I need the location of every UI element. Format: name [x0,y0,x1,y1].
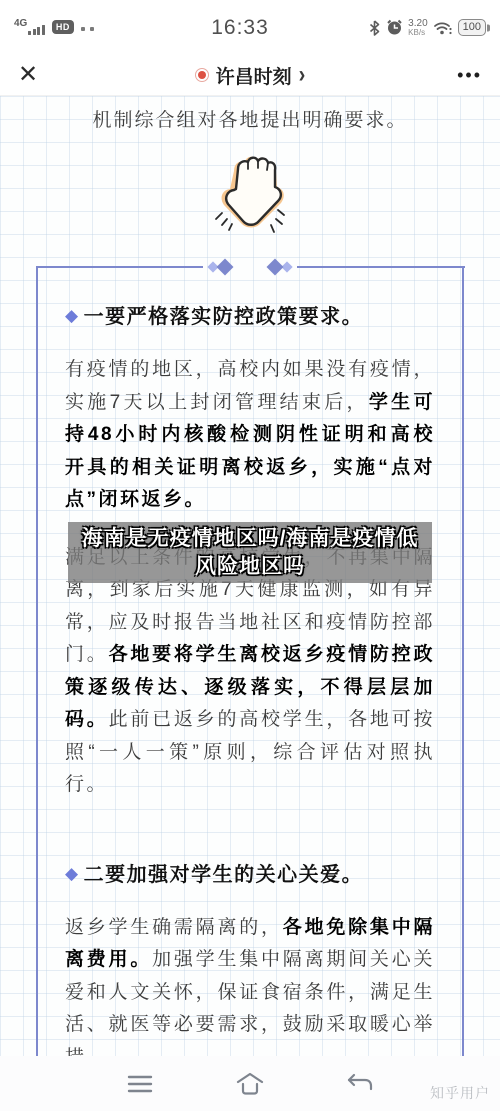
section-heading: ◆二要加强对学生的关心关爱。 [65,858,435,887]
network-type-label: 4G [14,18,27,29]
signal-bars-icon: 4G [14,24,45,35]
watermark-label: 知乎用户 [430,1083,490,1103]
overlay-caption: 海南是无疫情地区吗/海南是疫情低 风险地区吗 [68,522,432,583]
diamond-ornament-icon [206,259,234,275]
overlay-caption-line2: 风险地区吗 [68,553,432,581]
status-left: 4G HD [14,20,164,35]
paragraph-run: 此前已返乡的高校学生，各地可按照“一人一策”原则，综合评估对照执行。 [65,709,435,795]
article-section: ◆二要加强对学生的关心关爱。返乡学生确需隔离的，各地免除集中隔离费用。加强学生集… [65,858,435,1057]
pointing-down-hand-icon [195,153,305,245]
article-intro-line: 机制综合组对各地提出明确要求。 [0,105,500,137]
hd-badge: HD [52,20,74,34]
menu-icon[interactable] [117,1064,163,1104]
diamond-bullet-icon: ◆ [65,865,80,882]
home-icon[interactable] [227,1064,273,1104]
alarm-clock-icon [386,19,403,36]
sections-root: ◆一要严格落实防控政策要求。有疫情的地区，高校内如果没有疫情，实施7天以上封闭管… [65,300,435,1056]
speed-value: 3.20 [408,19,427,28]
diamond-ornament-icon [266,259,294,275]
close-icon[interactable]: ✕ [18,63,78,87]
network-speed: 3.20 KB/s [408,19,427,37]
section-heading: ◆一要严格落实防控政策要求。 [65,300,435,329]
fence-top-border [36,260,465,274]
phone-screen: 4G HD 16:33 3.20 KB/s [0,0,500,1111]
account-entry[interactable]: 许昌时刻 › [78,62,422,89]
webview-header: ✕ 许昌时刻 › ••• [0,55,500,96]
diamond-bullet-icon: ◆ [65,307,80,324]
battery-icon: 100 [458,19,486,36]
status-bar: 4G HD 16:33 3.20 KB/s [0,0,500,55]
article-body: 机制综合组对各地提出明确要求。 ◆一 [0,96,500,1056]
wifi-icon [433,20,453,36]
article-paragraph: 有疫情的地区，高校内如果没有疫情，实施7天以上封闭管理结束后，学生可持48小时内… [65,354,435,517]
status-right: 3.20 KB/s 100 [316,19,486,37]
content-fence: ◆一要严格落实防控政策要求。有疫情的地区，高校内如果没有疫情，实施7天以上封闭管… [36,267,464,1056]
bluetooth-icon [368,20,381,36]
article-paragraph: 返乡学生确需隔离的，各地免除集中隔离费用。加强学生集中隔离期间关心关爱和人文关怀… [65,912,435,1057]
overlay-caption-line1: 海南是无疫情地区吗/海南是疫情低 [68,525,432,553]
paragraph-run: 返乡学生确需隔离的， [65,917,283,938]
clock-time: 16:33 [164,16,316,40]
back-icon[interactable] [337,1064,383,1104]
speed-unit: KB/s [408,28,425,37]
chevron-right-icon: › [299,61,306,89]
section-heading-text: 一要严格落实防控政策要求。 [84,300,364,329]
account-name: 许昌时刻 [216,62,292,89]
live-dot-icon [195,68,209,82]
notification-dots-icon [81,27,94,31]
android-nav-bar: 知乎用户 [0,1056,500,1111]
section-heading-text: 二要加强对学生的关心关爱。 [84,858,364,887]
more-menu-icon[interactable]: ••• [422,65,482,86]
